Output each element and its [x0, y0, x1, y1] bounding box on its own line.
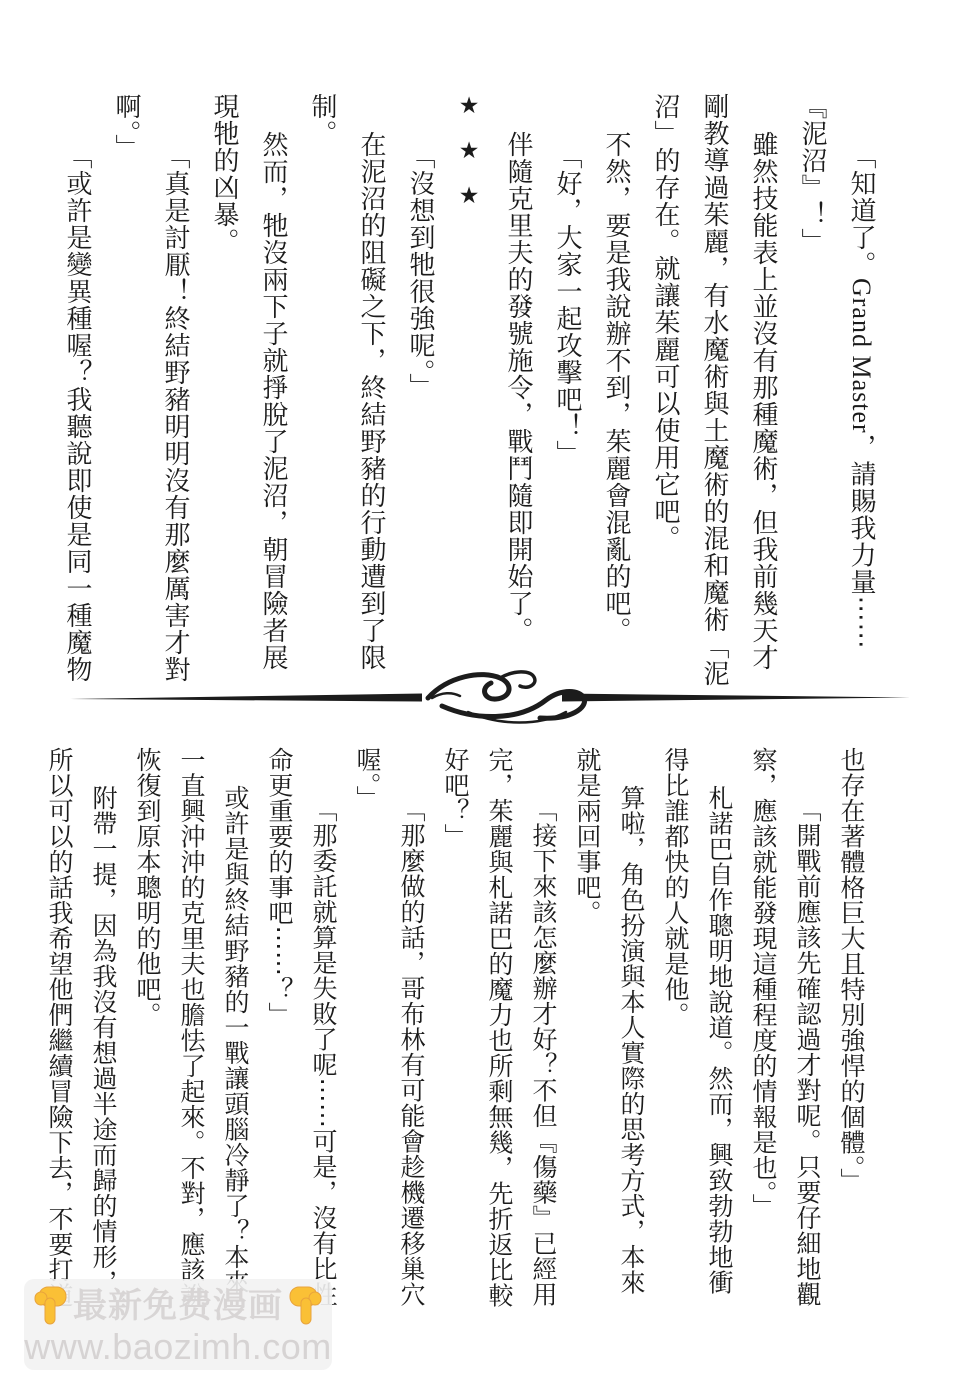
- pointing-down-hand-icon: [284, 1284, 324, 1328]
- text-column: 雖然技能表上並沒有那種魔術，但我前幾天才: [739, 93, 788, 677]
- text-column: 恢復到原本聰明的他吧。: [124, 747, 168, 1343]
- text-column: 好吧？」: [432, 747, 476, 1343]
- text-column: 「接下來該怎麼辦才好？不但『傷藥』已經用: [520, 747, 564, 1343]
- text-column: 算啦，角色扮演與本人實際的思考方式，本來: [608, 747, 652, 1343]
- text-column: 也存在著體格巨大且特別強悍的個體。」: [828, 747, 872, 1343]
- pointing-down-hand-icon: [32, 1284, 72, 1328]
- text-column: 或許是與終結野豬的一戰讓頭腦冷靜了？本來: [212, 747, 256, 1343]
- text-column: 所以可以的話我希望他們繼續冒險下去，不要打道: [36, 747, 80, 1343]
- text-column: 剛教導過茱麗，有水魔術與土魔術的混和魔術「泥: [690, 93, 739, 677]
- text-column: 不然，要是我說辦不到，茱麗會混亂的吧。: [592, 93, 641, 677]
- text-column: 札諾巴自作聰明地說道。然而，興致勃勃地衝: [696, 747, 740, 1343]
- text-column: 「那委託就算是失敗了呢⋯⋯可是，沒有比性: [300, 747, 344, 1343]
- text-column: 伴隨克里夫的發號施令，戰鬥隨即開始了。: [494, 93, 543, 677]
- text-column: 現牠的凶暴。: [200, 93, 249, 677]
- text-column: 沼」的存在。就讓茱麗可以使用它吧。: [641, 93, 690, 677]
- section-break-stars: ★★★: [445, 93, 494, 677]
- text-column: 「或許是變異種喔？我聽說即使是同一種魔物: [53, 93, 102, 677]
- text-column: 在泥沼的阻礙之下，終結野豬的行動遭到了限: [347, 93, 396, 677]
- top-text-section: 「知道了。Grand Master，請賜我力量⋯⋯『泥沼』！」雖然技能表上並沒有…: [53, 93, 886, 677]
- text-column: 制。: [298, 93, 347, 677]
- text-column: 察，應該就能發現這種程度的情報是也。」: [740, 747, 784, 1343]
- text-column: 「沒想到牠很強呢。」: [396, 93, 445, 677]
- text-column: 得比誰都快的人就是他。: [652, 747, 696, 1343]
- text-column: 附帶一提，因為我沒有想過半途而歸的情形，: [80, 747, 124, 1343]
- text-column: 「那麼做的話，哥布林有可能會趁機遷移巢穴: [388, 747, 432, 1343]
- text-column: 啊。」: [102, 93, 151, 677]
- text-column: 「知道了。Grand Master，請賜我力量⋯⋯: [837, 93, 886, 677]
- watermark-title-row: 最新免费漫画: [32, 1285, 324, 1327]
- text-column: 命更重要的事吧⋯⋯？」: [256, 747, 300, 1343]
- text-column: 然而，牠沒兩下子就掙脫了泥沼，朝冒險者展: [249, 93, 298, 677]
- section-divider-flourish: [70, 668, 910, 730]
- watermark-url: www.baozimh.com: [24, 1329, 332, 1365]
- novel-page: 「知道了。Grand Master，請賜我力量⋯⋯『泥沼』！」雖然技能表上並沒有…: [0, 0, 980, 1389]
- watermark-badge: 最新免费漫画 www.baozimh.com: [24, 1279, 332, 1370]
- text-column: 完，茱麗與札諾巴的魔力也所剩無幾，先折返比較: [476, 747, 520, 1343]
- bottom-text-section: 也存在著體格巨大且特別強悍的個體。」「開戰前應該先確認過才對呢。只要仔細地觀察，…: [36, 747, 872, 1343]
- watermark-title: 最新免费漫画: [73, 1289, 283, 1323]
- text-column: 「開戰前應該先確認過才對呢。只要仔細地觀: [784, 747, 828, 1343]
- text-column: 「真是討厭！終結野豬明明沒有那麼厲害才對: [151, 93, 200, 677]
- text-column: 「好，大家一起攻擊吧！」: [543, 93, 592, 677]
- text-column: 一直興沖沖的克里夫也膽怯了起來。不對，應該說: [168, 747, 212, 1343]
- text-column: 喔。」: [344, 747, 388, 1343]
- text-column: 就是兩回事吧。: [564, 747, 608, 1343]
- text-column: 『泥沼』！」: [788, 93, 837, 677]
